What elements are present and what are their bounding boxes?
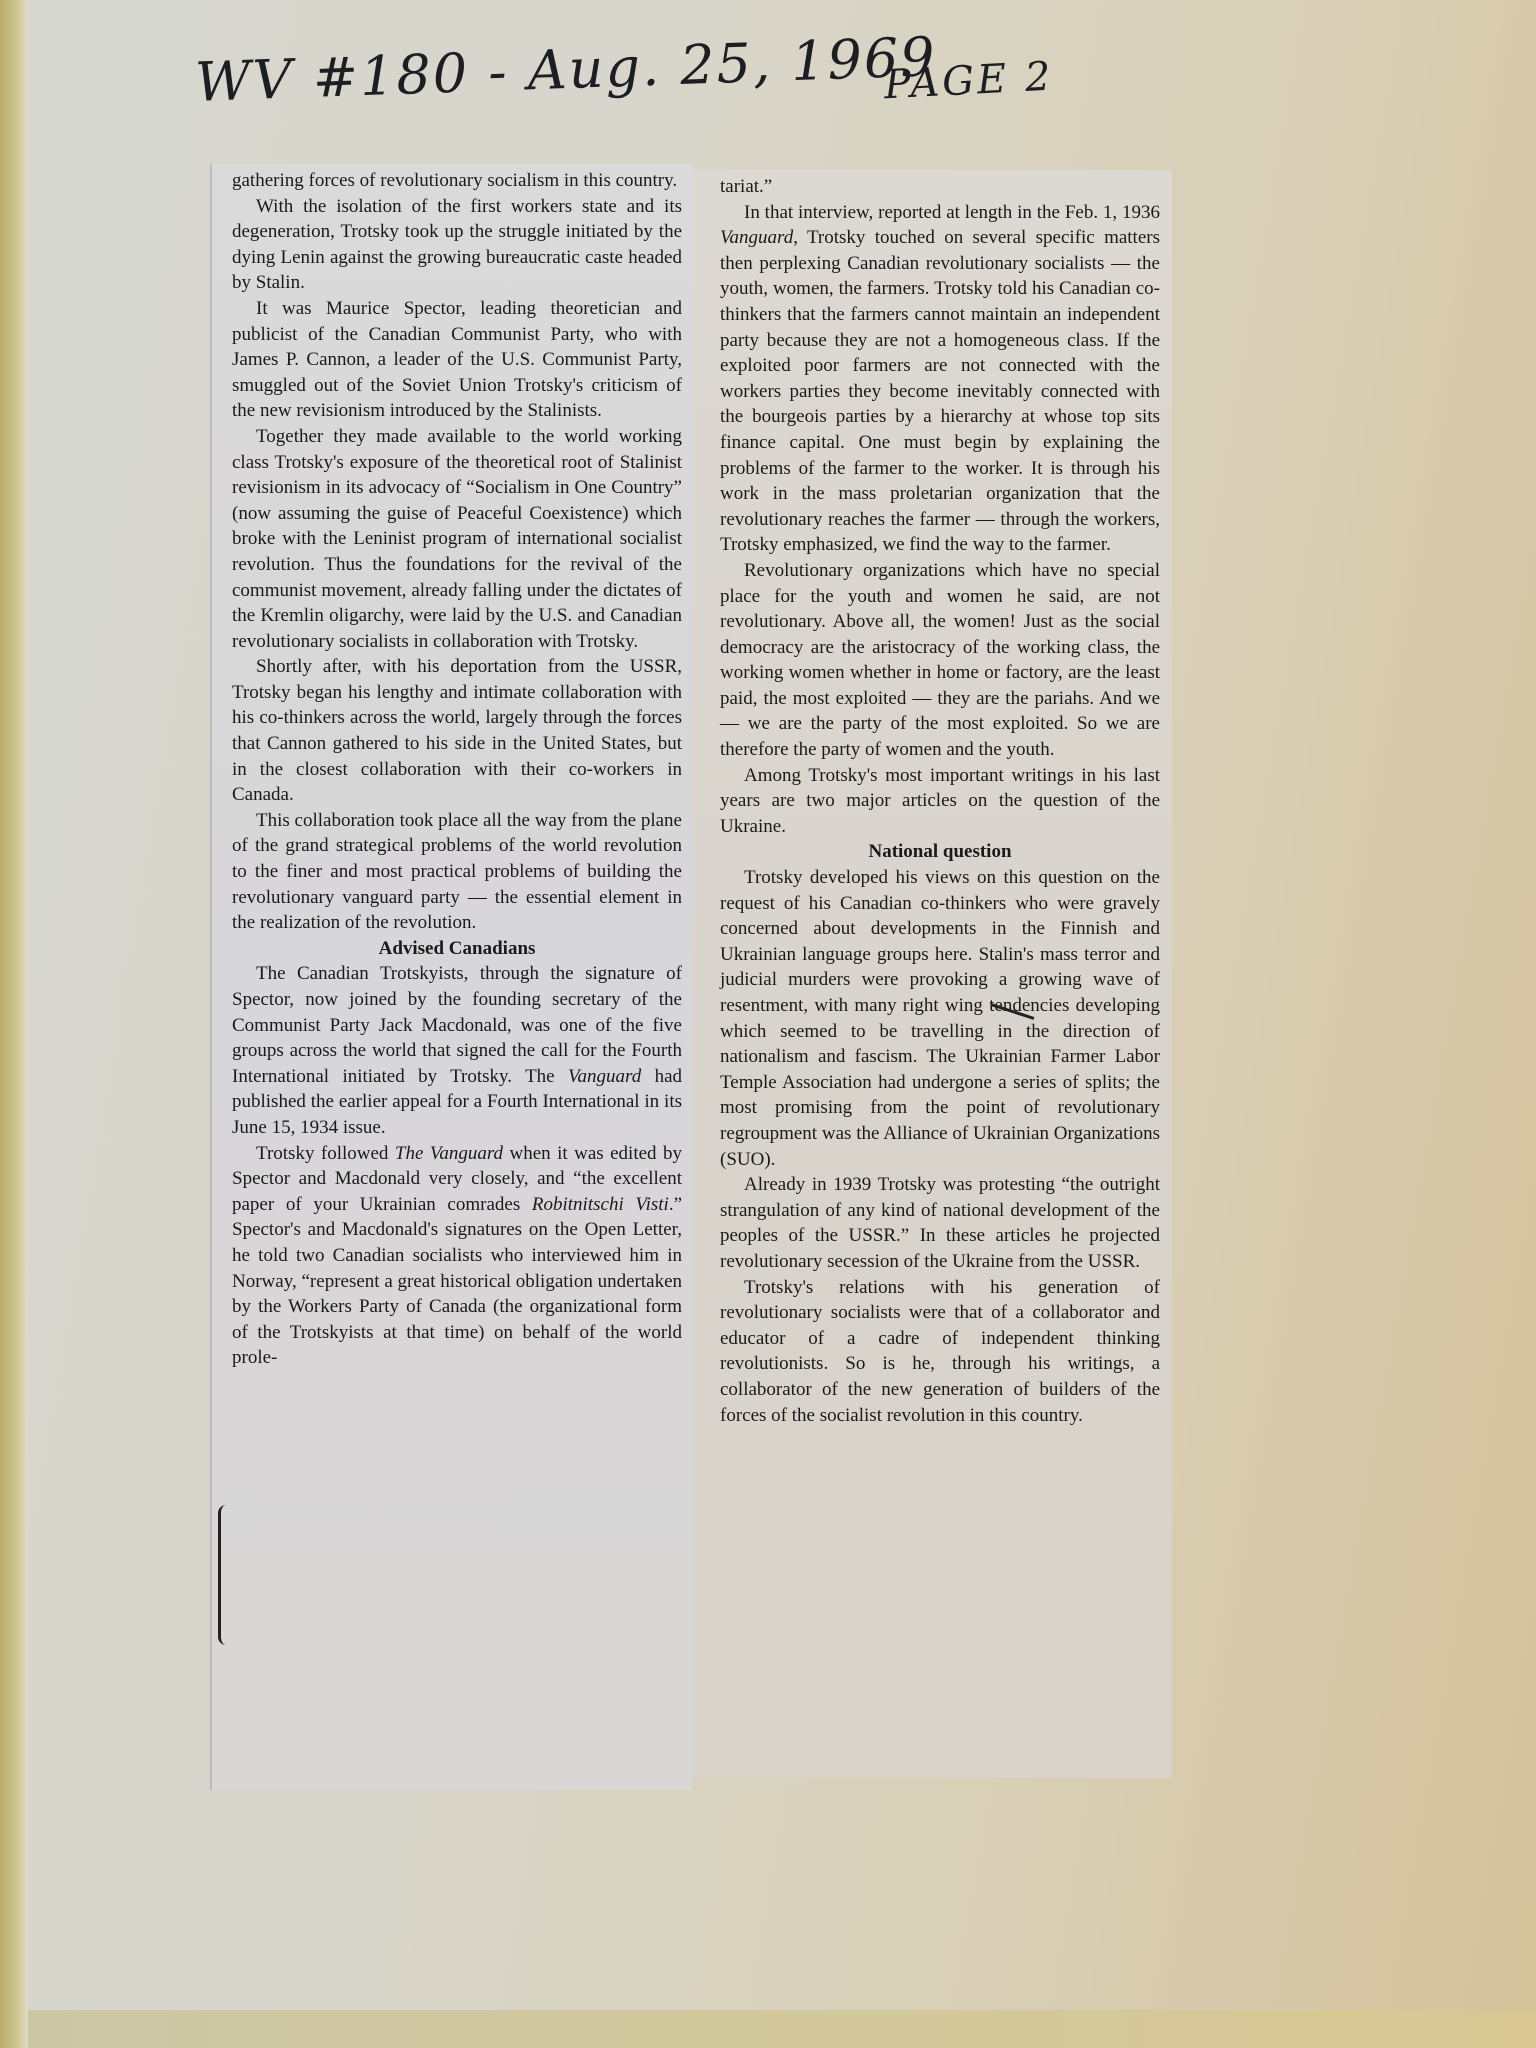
article-paragraph: Among Trotsky's most important writings … bbox=[720, 763, 1160, 840]
section-heading: Advised Canadians bbox=[232, 936, 682, 962]
section-heading: National question bbox=[720, 839, 1160, 865]
article-paragraph: In that interview, reported at length in… bbox=[720, 200, 1160, 558]
clipping-left-column: gathering forces of revolutionary social… bbox=[210, 164, 692, 1790]
article-paragraph: It was Maurice Spector, leading theoreti… bbox=[232, 296, 682, 424]
right-column-text: tariat.”In that interview, reported at l… bbox=[720, 174, 1160, 1428]
article-paragraph: tariat.” bbox=[720, 174, 1160, 200]
article-paragraph: Shortly after, with his deportation from… bbox=[232, 654, 682, 808]
article-paragraph: Revolutionary organizations which have n… bbox=[720, 558, 1160, 763]
article-paragraph: gathering forces of revolutionary social… bbox=[232, 168, 682, 194]
article-paragraph: Already in 1939 Trotsky was protesting “… bbox=[720, 1172, 1160, 1274]
article-paragraph: The Canadian Trotskyists, through the si… bbox=[232, 961, 682, 1140]
article-paragraph: Trotsky developed his views on this ques… bbox=[720, 865, 1160, 1172]
left-column-text: gathering forces of revolutionary social… bbox=[232, 168, 682, 1371]
article-paragraph: Trotsky's relations with his generation … bbox=[720, 1275, 1160, 1429]
backing-board-edge bbox=[0, 0, 28, 2048]
article-paragraph: Together they made available to the worl… bbox=[232, 424, 682, 654]
handwritten-page-note: PAGE 2 bbox=[883, 54, 1055, 109]
margin-bracket-mark bbox=[218, 1505, 231, 1645]
article-paragraph: This collaboration took place all the wa… bbox=[232, 808, 682, 936]
article-paragraph: With the isolation of the first workers … bbox=[232, 194, 682, 296]
clipping-right-column: tariat.”In that interview, reported at l… bbox=[692, 170, 1172, 1778]
article-paragraph: Trotsky followed The Vanguard when it wa… bbox=[232, 1141, 682, 1371]
backing-bottom-edge bbox=[28, 2010, 1536, 2048]
